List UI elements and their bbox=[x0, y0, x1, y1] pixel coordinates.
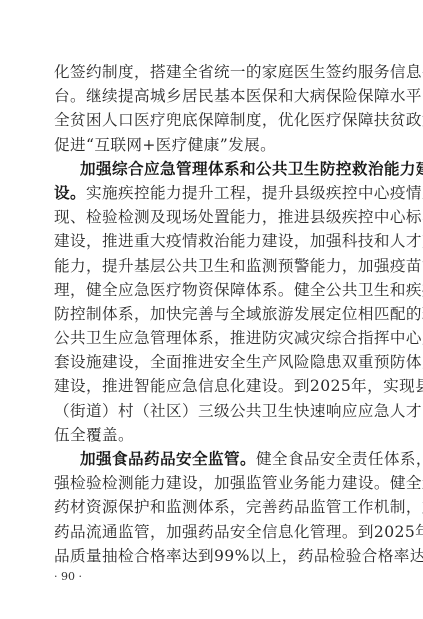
document-page: 化签约制度，搭建全省统一的家庭医生签约服务信息平 台。继续提高城乡居民基本医保和… bbox=[54, 60, 370, 568]
page-number: · 90 · bbox=[54, 570, 82, 583]
text-line: 强检验检测能力建设，加强监管业务能力建设。健全道地 bbox=[54, 471, 370, 495]
text-span: 实施疾控能力提升工程，提升县级疾控中心疫情发 bbox=[86, 184, 423, 202]
text-line: 药材资源保护和监测体系，完善药品监管工作机制，加强 bbox=[54, 495, 370, 519]
text-line: 现、检验检测及现场处置能力，推进县级疾控中心标准化 bbox=[54, 205, 370, 229]
section-heading: 加强综合应急管理体系和公共卫生防控救治能力建 bbox=[54, 157, 370, 181]
section-heading: 加强食品药品安全监管。 bbox=[80, 449, 256, 468]
section-heading-cont: 设。 bbox=[54, 183, 86, 202]
text-span: 健全食品安全责任体系，加 bbox=[256, 450, 423, 468]
text-line: 套设施建设，全面推进安全生产风险隐患双重预防体系 bbox=[54, 350, 370, 374]
text-line: 品质量抽检合格率达到99%以上，药品检验合格率达到 bbox=[54, 544, 370, 568]
text-line: 设。实施疾控能力提升工程，提升县级疾控中心疫情发 bbox=[54, 181, 370, 205]
text-line: 防控制体系，加快完善与全域旅游发展定位相匹配的现代 bbox=[54, 302, 370, 326]
text-line: 化签约制度，搭建全省统一的家庭医生签约服务信息平 bbox=[54, 60, 370, 84]
text-line: 加强食品药品安全监管。健全食品安全责任体系，加 bbox=[54, 447, 370, 471]
text-line: 理，健全应急医疗物资保障体系。健全公共卫生和疾病预 bbox=[54, 278, 370, 302]
text-line: 台。继续提高城乡居民基本医保和大病保险保障水平，健 bbox=[54, 84, 370, 108]
text-line: 药品流通监管，加强药品安全信息化管理。到2025年，食 bbox=[54, 520, 370, 544]
text-line: 伍全覆盖。 bbox=[54, 423, 370, 447]
text-line: 建设，推进智能应急信息化建设。到2025年，实现县乡 bbox=[54, 374, 370, 398]
text-line: 促进“互联网+医疗健康”发展。 bbox=[54, 133, 370, 157]
text-line: 全贫困人口医疗兜底保障制度，优化医疗保障扶贫政策， bbox=[54, 108, 370, 132]
text-line: 公共卫生应急管理体系，推进防灾减灾综合指挥中心及配 bbox=[54, 326, 370, 350]
text-line: 能力，提升基层公共卫生和监测预警能力，加强疫苗管 bbox=[54, 254, 370, 278]
text-line: 建设，推进重大疫情救治能力建设，加强科技和人才支撑 bbox=[54, 229, 370, 253]
text-line: （街道）村（社区）三级公共卫生快速响应应急人才队 bbox=[54, 399, 370, 423]
